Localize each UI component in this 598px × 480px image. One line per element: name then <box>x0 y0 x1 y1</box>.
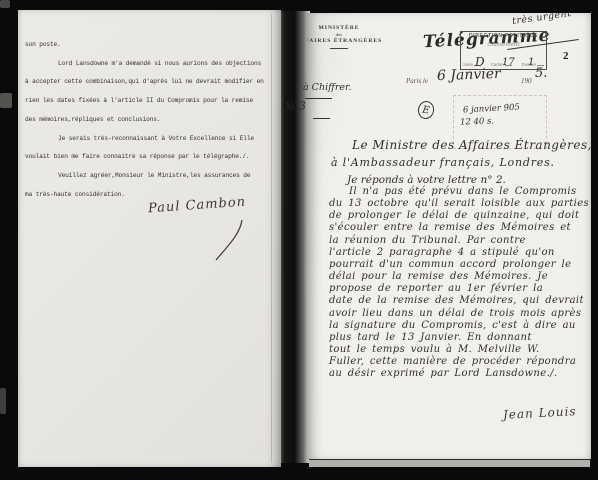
typed-line: voulait bien me faire connaitre sa répon… <box>25 148 277 167</box>
page-gutter <box>278 11 310 463</box>
telegram-number: № 3 <box>284 99 306 114</box>
telegram-number-dash <box>313 118 330 119</box>
chiffrer-note: à Chiffrer. <box>303 82 352 93</box>
letterhead-rule <box>330 48 348 49</box>
stamp-dossier-value: 1 <box>528 57 534 68</box>
body-line: délai pour la remise des Mémoires. Je <box>329 271 589 283</box>
underlying-page-edge <box>309 459 590 467</box>
body-line: l'article 2 paragraphe 4 a stipulé qu'on <box>329 247 589 259</box>
direction-politique-stamp: DIRECTION POLITIQUE Classement Série Car… <box>460 31 547 70</box>
body-line: du 13 octobre qu'il serait loisible aux … <box>329 198 589 210</box>
typed-line: Veuillez agréer,Monsieur le Ministre,les… <box>25 167 277 186</box>
urgency-note: très urgent <box>512 13 573 27</box>
typed-line: son poste. <box>25 36 277 55</box>
body-line: propose de reporter au 1er février la <box>329 283 589 295</box>
film-edge-mark <box>0 388 6 414</box>
ministry-letterhead: MINISTÈRE des AFFAIRES ÉTRANGÈRES <box>307 25 385 49</box>
typed-line: rien les dates fixées à l'article II du … <box>25 92 277 111</box>
recipient-line: à l'Ambassadeur français, Londres. <box>331 156 555 169</box>
letterhead-line: MINISTÈRE <box>307 25 385 31</box>
body-line: au désir exprimé par Lord Lansdowne./. <box>329 368 589 380</box>
typed-line: Je serais très-reconnaissant à Votre Exc… <box>25 130 277 149</box>
body-line: la réunion du Tribunal. Par contre <box>329 235 589 247</box>
left-page: son poste. Lord Lansdowne m'a demandé si… <box>18 10 281 467</box>
dateline-printed-prefix: Paris le <box>406 77 428 85</box>
dateline-printed-year: 190 <box>521 77 532 85</box>
body-line: avoir lieu dans un délai de trois mois a… <box>329 308 589 320</box>
stamp-title: DIRECTION POLITIQUE <box>461 33 546 39</box>
typed-line: Lord Lansdowne m'a demandé si nous aurio… <box>25 55 277 74</box>
body-line: pourrait d'un commun accord prolonger le <box>329 259 589 271</box>
body-line: tout le temps voulu à M. Melville W. <box>329 344 589 356</box>
opening-line: Je réponds à votre lettre n° 2. <box>347 174 506 186</box>
receipt-time: 12 40 s. <box>460 116 494 127</box>
body-line: la signature du Compromis, c'est à dire … <box>329 320 589 332</box>
dateline-day-month: 6 Janvier <box>437 66 501 84</box>
circle-e-stamp-icon: E <box>417 100 436 121</box>
dateline-year-digit: 5. <box>535 66 547 81</box>
typed-line: à accepter cette combinaison,qui d'après… <box>25 73 277 92</box>
document-scan: son poste. Lord Lansdowne m'a demandé si… <box>0 0 598 480</box>
body-line: Il n'a pas été prévu dans le Compromis <box>329 186 589 198</box>
letterhead-line: AFFAIRES ÉTRANGÈRES <box>307 38 385 44</box>
signature-flourish-icon <box>204 216 246 266</box>
right-page: MINISTÈRE des AFFAIRES ÉTRANGÈRES Télégr… <box>307 13 591 459</box>
letterhead-line: des <box>307 32 385 37</box>
telegram-body: Il n'a pas été prévu dans le Compromis d… <box>329 186 589 381</box>
chiffrer-underline <box>305 98 332 99</box>
circle-e-letter: E <box>421 104 430 116</box>
sender-line: Le Ministre des Affaires Étrangères, <box>352 138 591 152</box>
page-number: 2 <box>563 50 569 62</box>
typed-letter-body: son poste. Lord Lansdowne m'a demandé si… <box>25 36 277 204</box>
film-edge-mark <box>0 93 12 108</box>
typed-line: des mémoires,répliques et conclusions. <box>25 111 277 130</box>
body-line: plus tard le 13 Janvier. En donnant <box>329 332 589 344</box>
body-line: Fuller, cette manière de procéder répond… <box>329 356 589 368</box>
signature-drafter: Jean Louis <box>503 404 577 422</box>
body-line: date de la remise des Mémoires, qui devr… <box>329 295 589 307</box>
body-line: de prolonger le délai de quinzaine, qui … <box>329 210 589 222</box>
stamp-carton-value: 17 <box>502 57 515 68</box>
body-line: s'écouler entre la remise des Mémoires e… <box>329 222 589 234</box>
film-edge-mark <box>0 0 10 8</box>
